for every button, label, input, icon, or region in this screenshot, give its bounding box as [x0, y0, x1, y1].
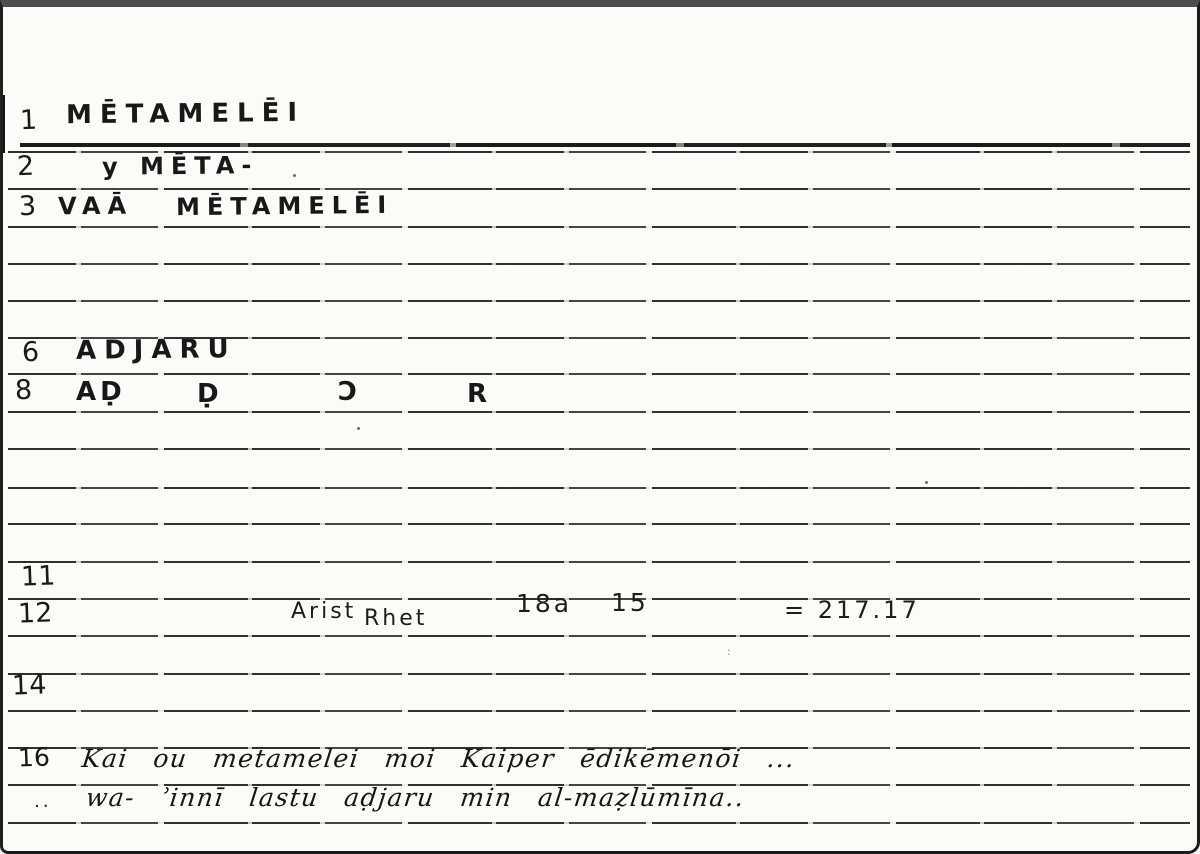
ruled-line: [8, 263, 1190, 265]
ruled-line: [8, 448, 1190, 450]
scan-speck: [925, 481, 928, 484]
scan-speck: [357, 427, 360, 430]
entry-1-headword: MĒTAMELĒI: [66, 100, 305, 129]
entry-6-headword: ADJARU: [76, 336, 237, 364]
entry-8-fragment-2: Ḍ: [197, 381, 223, 407]
ruled-line: [8, 226, 1190, 228]
ruled-line: [8, 673, 1190, 675]
citation-locus-page: 18a: [516, 591, 572, 616]
entry-1-number: 1: [20, 107, 38, 135]
entry-8-fragment-1: AḌ: [76, 379, 126, 405]
citation-work: Rhet: [364, 608, 427, 630]
ruled-line: [8, 188, 1190, 190]
entry-16-number: 16: [18, 744, 51, 770]
ruled-line: [8, 487, 1190, 489]
ruled-line: [8, 635, 1190, 637]
entry-8-number: 8: [15, 377, 33, 405]
scan-top-edge: [0, 0, 1200, 7]
citation-author: Arist: [291, 601, 356, 623]
entry-2-headword: y MĒTA-: [102, 153, 259, 179]
ruled-line: [8, 561, 1190, 563]
entry-12-number: 12: [18, 599, 53, 627]
scan-speck: [293, 174, 296, 177]
citation-reference: = 217.17: [784, 598, 920, 622]
ruled-line: [8, 373, 1190, 375]
ruled-line: [8, 710, 1190, 712]
continuation-dots: ..: [34, 793, 52, 812]
scanned-card-page: 1 MĒTAMELĒI 2 y MĒTA- 3 VAĀ MĒTAMELĒI 6 …: [0, 0, 1200, 854]
arabic-transliteration-line: wa- ʾinnī lastu aḍjaru min al-maẓlūmīna.…: [84, 785, 746, 810]
entry-6-number: 6: [22, 339, 40, 367]
entry-3-word-2: MĒTAMELĒI: [176, 193, 394, 219]
entry-2-number: 2: [17, 153, 35, 181]
ruled-line: [8, 411, 1190, 413]
stray-mark: :: [727, 646, 731, 657]
entry-8-fragment-4: R: [467, 381, 491, 407]
entry-3-word-1: VAĀ: [58, 194, 133, 219]
ruled-line: [20, 143, 1190, 147]
greek-transliteration-line: Kai ou metamelei moi Kaiper ēdikēmenōi .…: [80, 746, 797, 771]
ruled-line: [8, 523, 1190, 525]
entry-3-number: 3: [19, 193, 37, 221]
ruled-line: [8, 822, 1190, 824]
entry-14-number: 14: [12, 671, 47, 699]
entry-8-fragment-3: Ɔ: [338, 379, 361, 405]
entry-11-number: 11: [21, 562, 56, 590]
ruled-line: [8, 598, 1190, 600]
ruled-line: [8, 300, 1190, 302]
scan-left-edge-mark: [0, 95, 5, 153]
citation-locus-line: 15: [611, 590, 649, 615]
